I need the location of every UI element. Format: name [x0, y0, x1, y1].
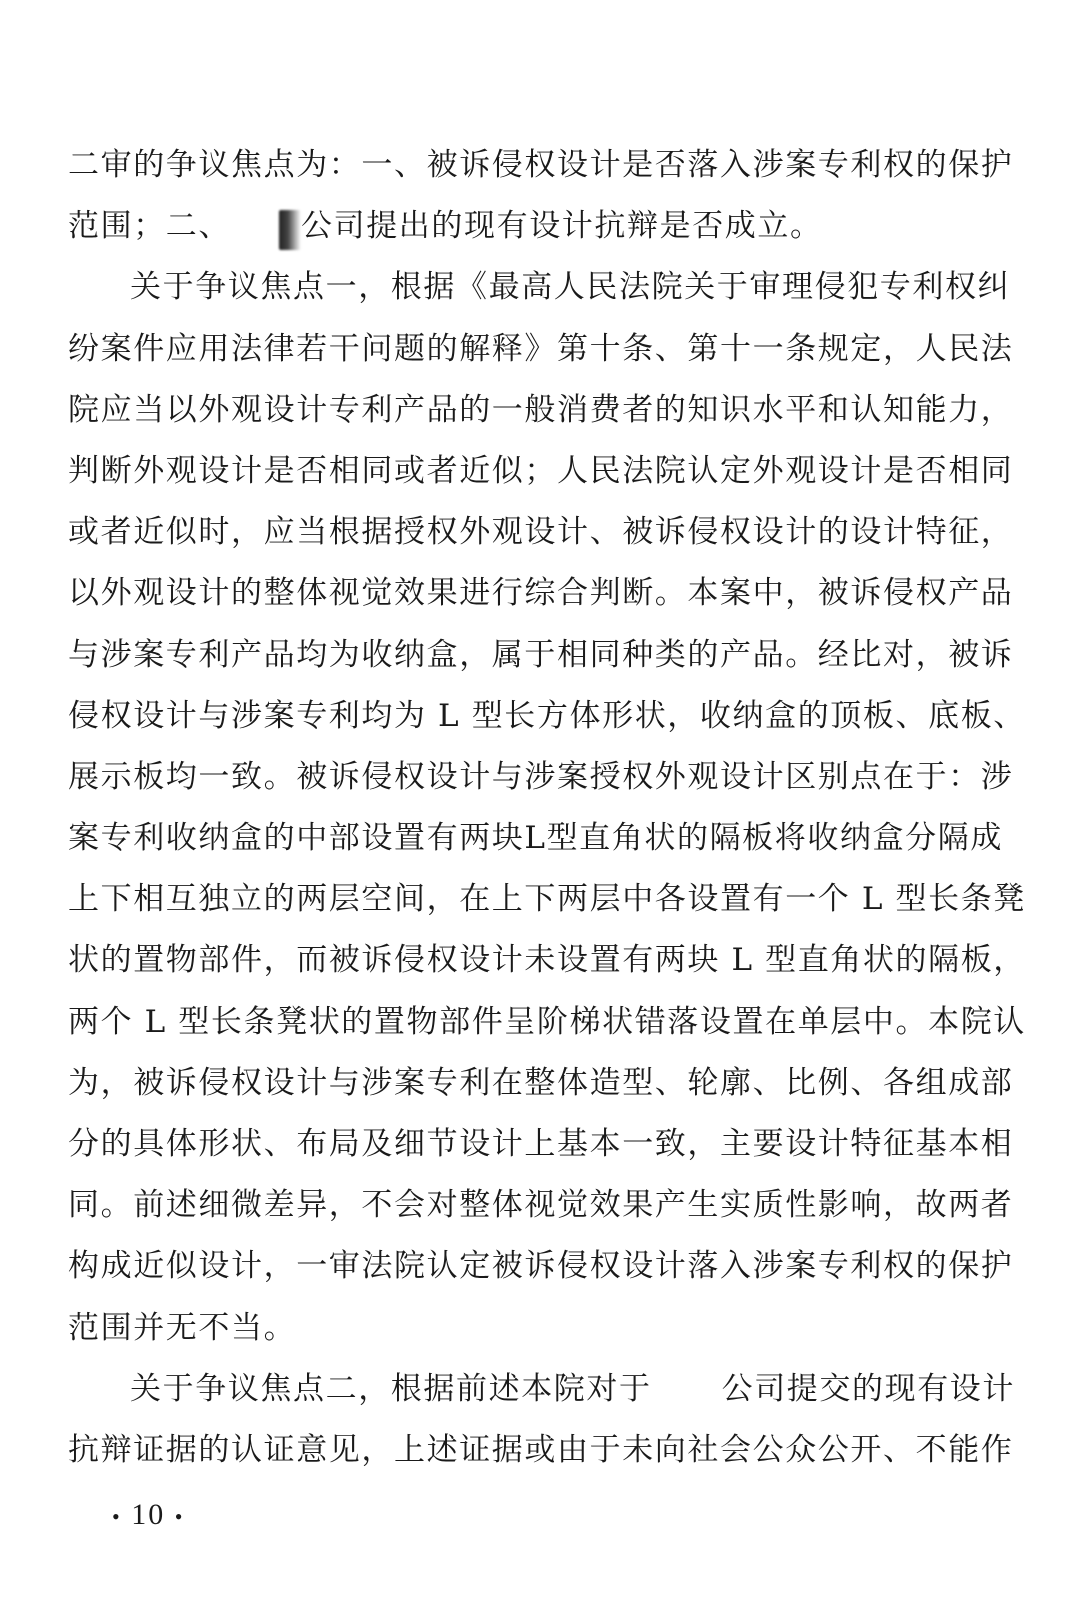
- text-segment: 公司提出的现有设计抗辩是否成立。: [301, 208, 823, 244]
- text-line-with-redaction: 范围；二、公司提出的现有设计抗辩是否成立。: [68, 196, 973, 257]
- text-line: 构成近似设计，一审法院认定被诉侵权设计落入涉案专利权的保护: [68, 1236, 973, 1297]
- text-line: 二审的争议焦点为：一、被诉侵权设计是否落入涉案专利权的保护: [68, 135, 973, 196]
- text-segment: 关于争议焦点二，根据前述本院对于: [130, 1371, 652, 1407]
- page-number: • 10 •: [112, 1498, 184, 1532]
- text-line: 上下相互独立的两层空间，在上下两层中各设置有一个 L 型长条凳: [68, 869, 973, 930]
- text-segment: 公司提交的现有设计: [722, 1371, 1015, 1407]
- redaction-mark: [652, 1370, 722, 1410]
- redaction-mark: [231, 208, 301, 248]
- text-line: 以外观设计的整体视觉效果进行综合判断。本案中，被诉侵权产品: [68, 563, 973, 624]
- text-line: 范围并无不当。: [68, 1298, 973, 1359]
- judgment-body-text: 二审的争议焦点为：一、被诉侵权设计是否落入涉案专利权的保护 范围；二、公司提出的…: [68, 135, 973, 1481]
- page-number-dot-right: •: [175, 1504, 185, 1529]
- text-line: 抗辩证据的认证意见，上述证据或由于未向社会公众公开、不能作: [68, 1420, 973, 1481]
- text-line: 侵权设计与涉案专利均为 L 型长方体形状，收纳盒的顶板、底板、: [68, 686, 973, 747]
- text-line: 两个 L 型长条凳状的置物部件呈阶梯状错落设置在单层中。本院认: [68, 992, 973, 1053]
- text-line: 院应当以外观设计专利产品的一般消费者的知识水平和认知能力，: [68, 380, 973, 441]
- text-line: 展示板均一致。被诉侵权设计与涉案授权外观设计区别点在于：涉: [68, 747, 973, 808]
- text-line: 判断外观设计是否相同或者近似；人民法院认定外观设计是否相同: [68, 441, 973, 502]
- page-number-dot-left: •: [112, 1504, 122, 1529]
- text-line: 同。前述细微差异，不会对整体视觉效果产生实质性影响，故两者: [68, 1175, 973, 1236]
- paragraph-first-line: 关于争议焦点一，根据《最高人民法院关于审理侵犯专利权纠: [68, 257, 973, 318]
- text-line: 或者近似时，应当根据授权外观设计、被诉侵权设计的设计特征，: [68, 502, 973, 563]
- paragraph-first-line-with-redaction: 关于争议焦点二，根据前述本院对于公司提交的现有设计: [68, 1359, 973, 1420]
- text-line: 与涉案专利产品均为收纳盒，属于相同种类的产品。经比对，被诉: [68, 625, 973, 686]
- text-segment: 范围；二、: [68, 208, 231, 244]
- document-page: 二审的争议焦点为：一、被诉侵权设计是否落入涉案专利权的保护 范围；二、公司提出的…: [0, 0, 1067, 1615]
- text-line: 分的具体形状、布局及细节设计上基本一致，主要设计特征基本相: [68, 1114, 973, 1175]
- text-line: 案专利收纳盒的中部设置有两块L型直角状的隔板将收纳盒分隔成: [68, 808, 973, 869]
- text-line: 状的置物部件，而被诉侵权设计未设置有两块 L 型直角状的隔板，: [68, 930, 973, 991]
- text-line: 纷案件应用法律若干问题的解释》第十条、第十一条规定，人民法: [68, 319, 973, 380]
- text-line: 为，被诉侵权设计与涉案专利在整体造型、轮廓、比例、各组成部: [68, 1053, 973, 1114]
- page-number-value: 10: [131, 1498, 165, 1531]
